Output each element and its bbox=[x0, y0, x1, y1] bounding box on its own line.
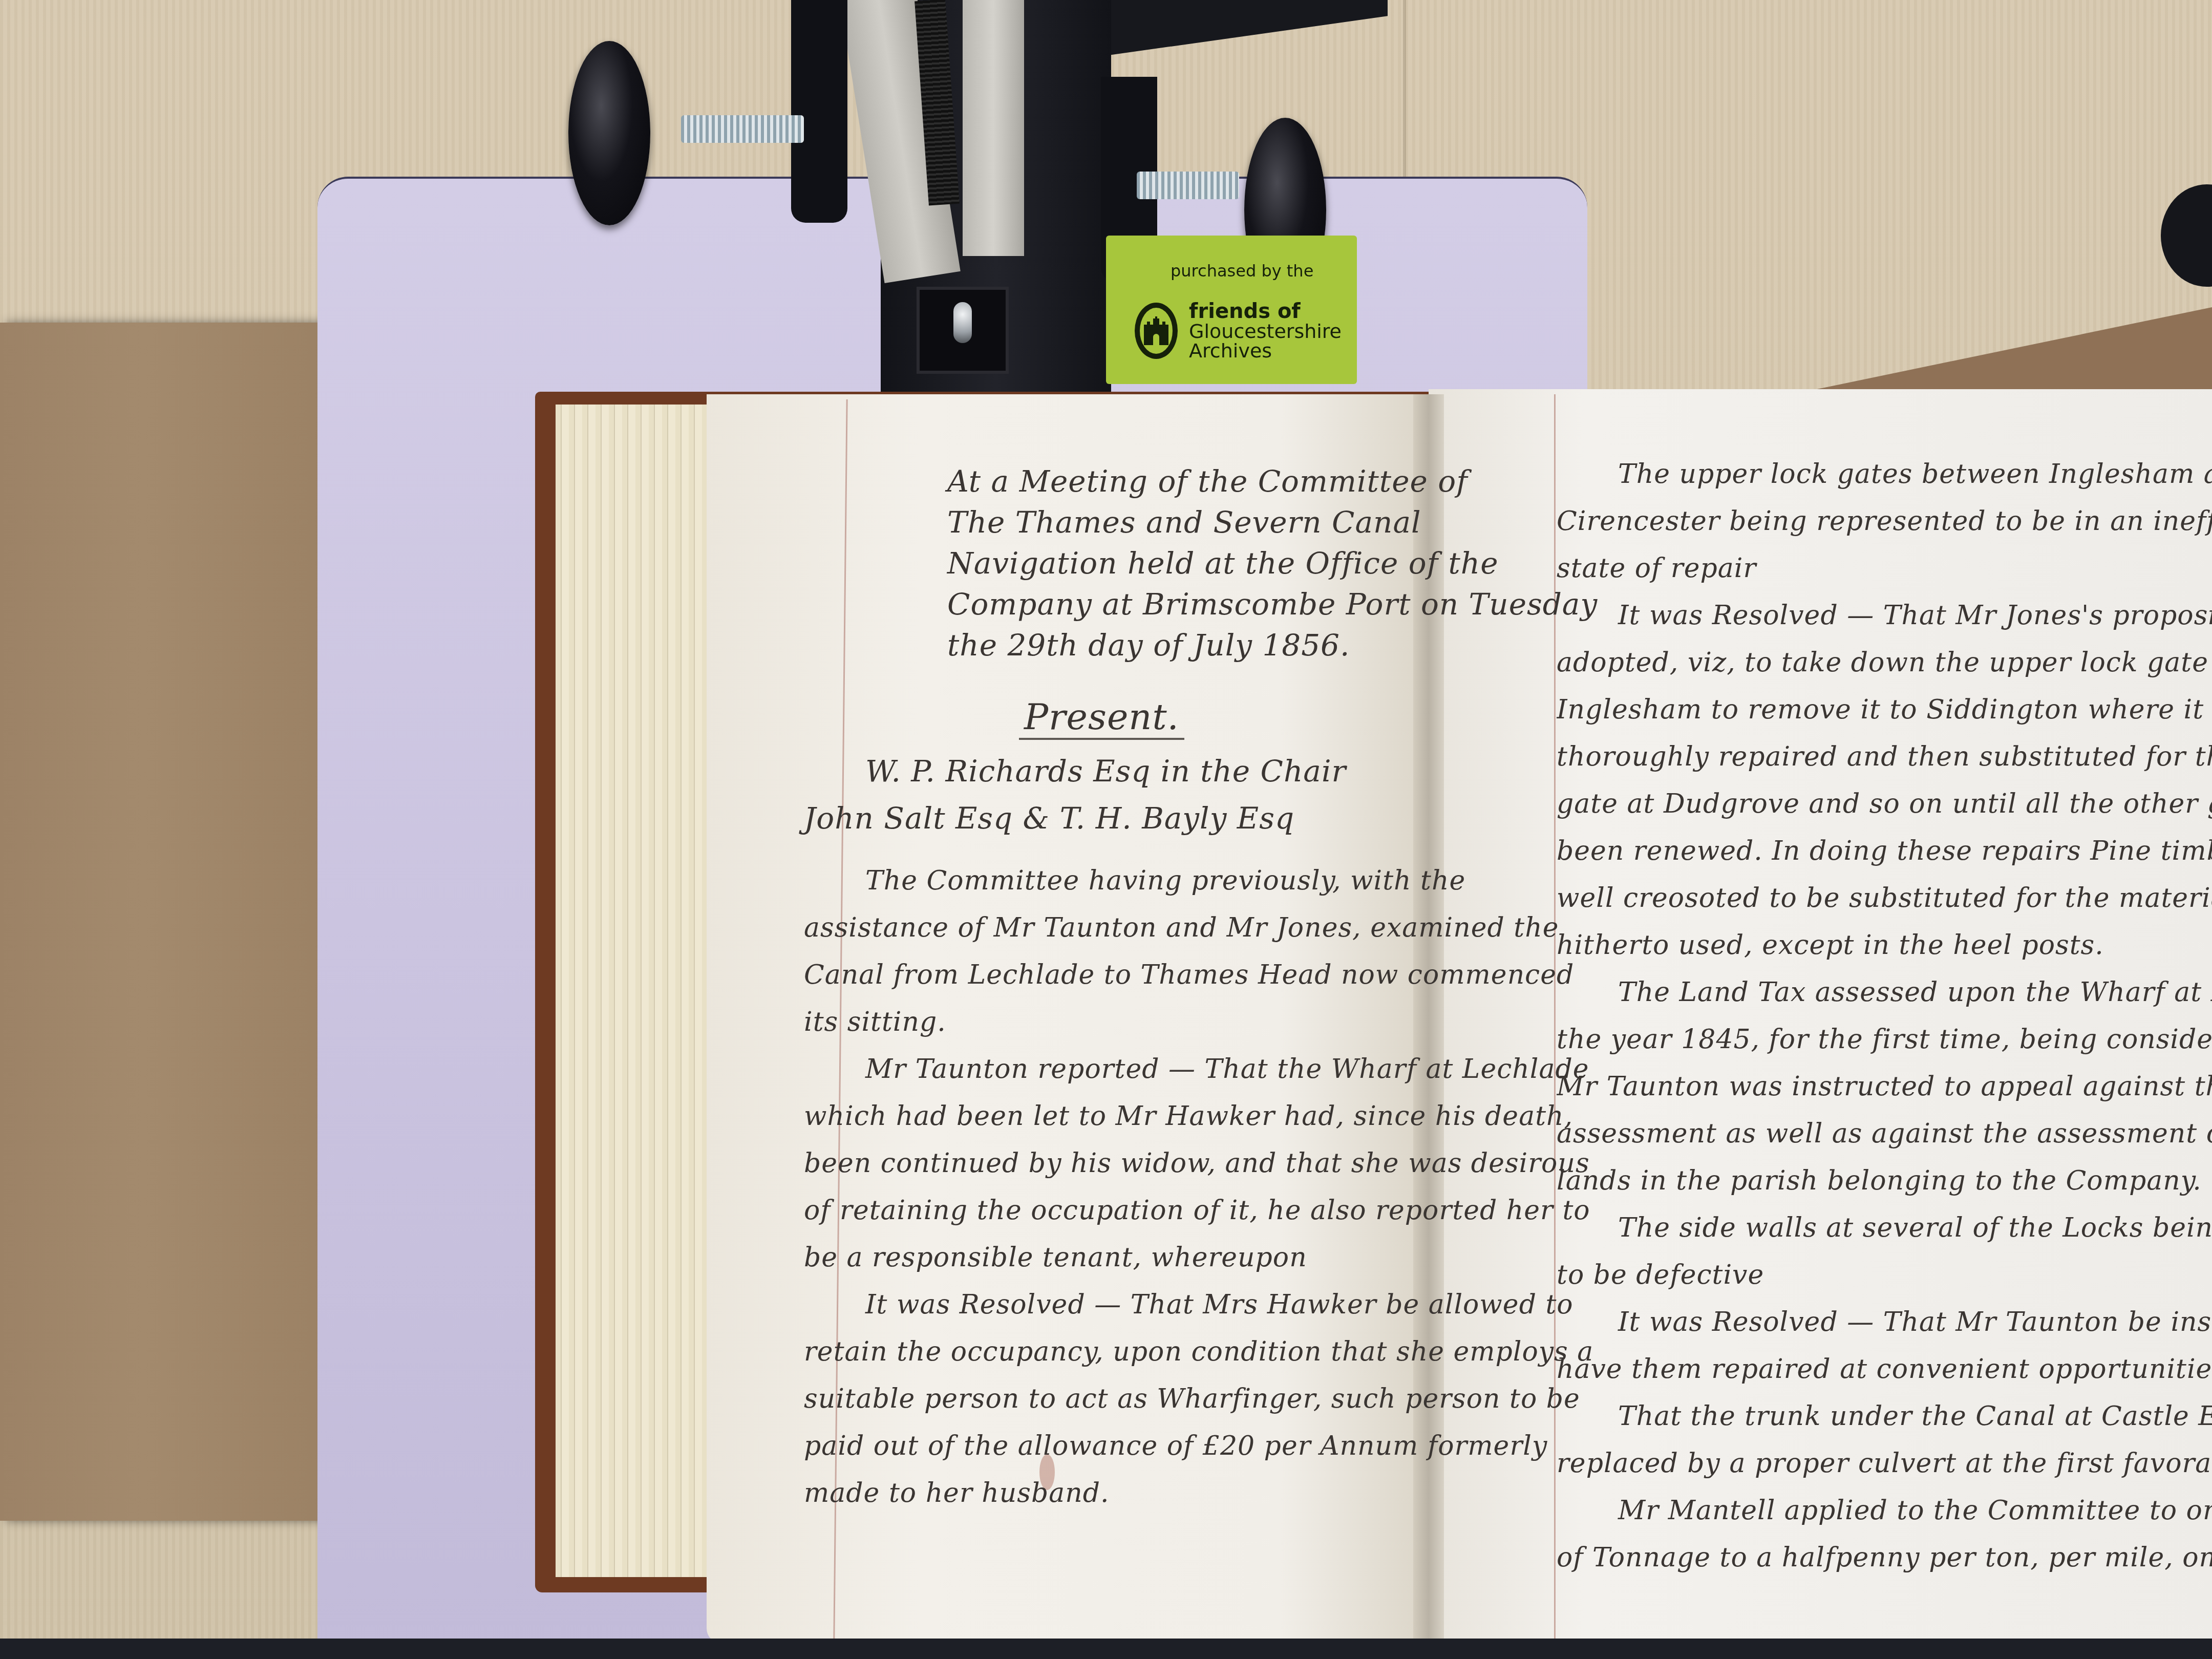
stand-bolt bbox=[953, 302, 972, 343]
paragraph-line: of retaining the occupation of it, he al… bbox=[804, 1187, 1418, 1234]
paragraph-line: have them repaired at convenient opportu… bbox=[1557, 1346, 2212, 1393]
paragraph-line: been continued by his widow, and that sh… bbox=[804, 1140, 1418, 1187]
paragraph-line: adopted, viz, to take down the upper loc… bbox=[1557, 639, 2212, 686]
label-archives: Archives bbox=[1189, 341, 1342, 360]
clamp-screw-right bbox=[1137, 172, 1239, 199]
paragraph-line: The Land Tax assessed upon the Wharf at … bbox=[1557, 969, 2212, 1016]
paragraph-line: its sitting. bbox=[804, 998, 1418, 1046]
paragraph-line: assessment as well as against the assess… bbox=[1557, 1110, 2212, 1157]
paragraph-line: thoroughly repaired and then substituted… bbox=[1557, 733, 2212, 780]
paragraph-line: be a responsible tenant, whereupon bbox=[804, 1234, 1418, 1281]
clamp-screw-left bbox=[681, 115, 804, 143]
paragraph-line: Mr Taunton reported — That the Wharf at … bbox=[804, 1046, 1418, 1093]
present-title-text: Present. bbox=[1019, 696, 1184, 740]
heading-line: Navigation held at the Office of the bbox=[804, 543, 1418, 584]
right-page-text: The upper lock gates between Inglesham a… bbox=[1557, 451, 2212, 1581]
paragraph-line: retain the occupancy, upon condition tha… bbox=[804, 1328, 1418, 1375]
heading-line: At a Meeting of the Committee of bbox=[804, 461, 1418, 502]
paragraph-line: the year 1845, for the first time, being… bbox=[1557, 1016, 2212, 1063]
paragraph-line: Inglesham to remove it to Siddington whe… bbox=[1557, 686, 2212, 733]
paragraph-line: The upper lock gates between Inglesham a… bbox=[1557, 451, 2212, 498]
attendee-chair: W. P. Richards Esq in the Chair bbox=[804, 748, 1418, 795]
right-page-margin-rule bbox=[1554, 394, 1556, 1639]
archival-box-board bbox=[0, 323, 353, 1521]
paragraph-line: well creosoted to be substituted for the… bbox=[1557, 875, 2212, 922]
paragraph-line: Mr Taunton was instructed to appeal agai… bbox=[1557, 1063, 2212, 1110]
paragraph-line: paid out of the allowance of £20 per Ann… bbox=[804, 1422, 1418, 1470]
label-brand-text: friends of Gloucestershire Archives bbox=[1189, 301, 1342, 360]
paragraph-line: which had been let to Mr Hawker had, sin… bbox=[804, 1093, 1418, 1140]
paragraph-line: Canal from Lechlade to Thames Head now c… bbox=[804, 951, 1418, 998]
page-edges bbox=[556, 405, 719, 1577]
label-gloucestershire: Gloucestershire bbox=[1189, 322, 1342, 341]
paragraph-line: Mr Mantell applied to the Committee to o… bbox=[1557, 1487, 2212, 1534]
castle-icon bbox=[1141, 315, 1172, 346]
heading-line: the 29th day of July 1856. bbox=[804, 625, 1418, 666]
paragraph-line: It was Resolved — That Mrs Hawker be all… bbox=[804, 1281, 1418, 1328]
paragraph-line: replaced by a proper culvert at the firs… bbox=[1557, 1440, 2212, 1487]
paragraph-line: of Tonnage to a halfpenny per ton, per m… bbox=[1557, 1534, 2212, 1581]
clamp-knob-left[interactable] bbox=[568, 41, 650, 225]
paragraph-line: made to her husband. bbox=[804, 1470, 1418, 1517]
left-page-text: At a Meeting of the Committee of The Tha… bbox=[804, 461, 1418, 1517]
friends-of-gloucestershire-archives-label: purchased by the friends of Gloucestersh… bbox=[1106, 236, 1357, 384]
present-title: Present. bbox=[804, 686, 1418, 748]
paragraph-line: been renewed. In doing these repairs Pin… bbox=[1557, 827, 2212, 875]
paragraph-line: gate at Dudgrove and so on until all the… bbox=[1557, 780, 2212, 827]
paragraph-line: The Committee having previously, with th… bbox=[804, 857, 1418, 904]
paragraph-line: Cirencester being represented to be in a… bbox=[1557, 498, 2212, 545]
paragraph-line: lands in the parish belonging to the Com… bbox=[1557, 1157, 2212, 1204]
label-purchased-text: purchased by the bbox=[1171, 261, 1342, 281]
paragraph-line: assistance of Mr Taunton and Mr Jones, e… bbox=[804, 904, 1418, 951]
heading-line: Company at Brimscombe Port on Tuesday bbox=[804, 584, 1418, 625]
heading-line: The Thames and Severn Canal bbox=[804, 502, 1418, 543]
paragraph-line: hitherto used, except in the heel posts. bbox=[1557, 922, 2212, 969]
label-brand: friends of Gloucestershire Archives bbox=[1135, 301, 1342, 360]
paragraph-line: That the trunk under the Canal at Castle… bbox=[1557, 1393, 2212, 1440]
castle-seal-icon bbox=[1135, 303, 1178, 359]
clamp-block-left bbox=[791, 0, 847, 223]
floor-strip bbox=[0, 1639, 2212, 1659]
paragraph-line: It was Resolved — That Mr Taunton be ins… bbox=[1557, 1299, 2212, 1346]
paragraph-line: The side walls at several of the Locks b… bbox=[1557, 1204, 2212, 1251]
paragraph-line: It was Resolved — That Mr Jones's propos… bbox=[1557, 592, 2212, 639]
copy-stand-rail bbox=[963, 0, 1024, 256]
paragraph-line: state of repair bbox=[1557, 545, 2212, 592]
label-friends-of: friends of bbox=[1189, 301, 1342, 322]
paragraph-line: to be defective bbox=[1557, 1251, 2212, 1299]
paragraph-line: suitable person to act as Wharfinger, su… bbox=[804, 1375, 1418, 1422]
attendee-members: John Salt Esq & T. H. Bayly Esq bbox=[804, 795, 1418, 842]
